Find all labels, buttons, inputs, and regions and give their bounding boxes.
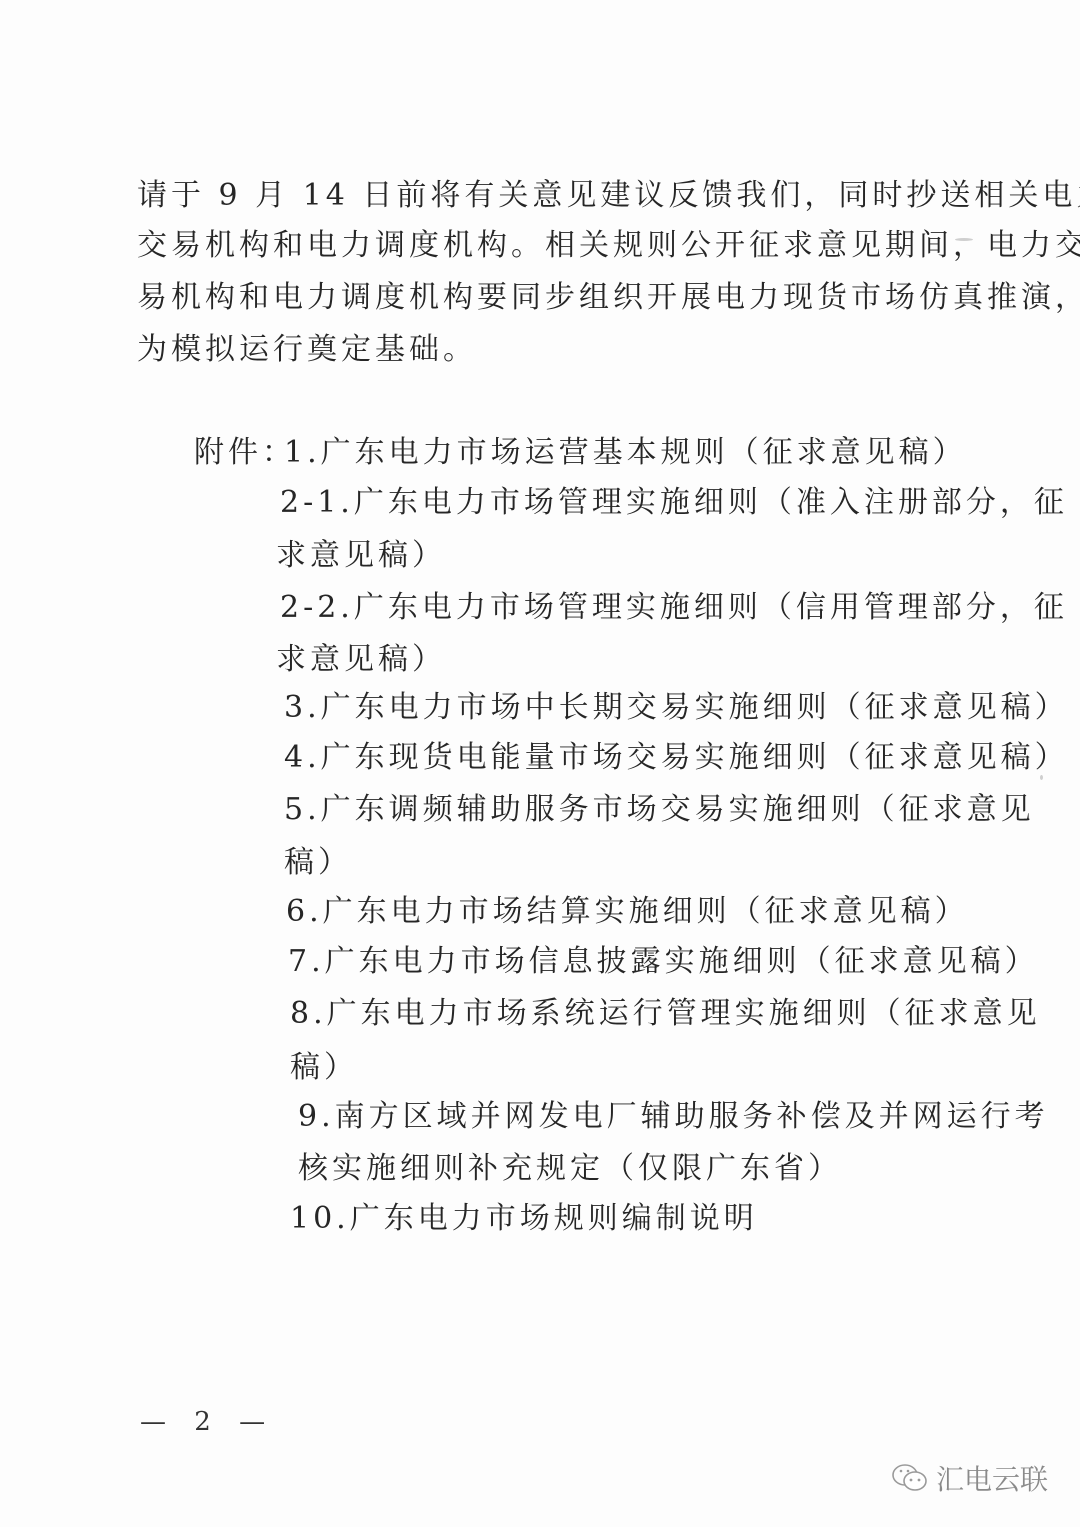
attachment-item-10: 10.广东电力市场规则编制说明 <box>290 1199 758 1239</box>
attachment-item-2-2: 2-2.广东电力市场管理实施细则（信用管理部分，征 <box>280 588 1068 628</box>
attachment-item-5-cont: 稿） <box>284 843 352 883</box>
page-number: — 2 — <box>140 1404 275 1440</box>
scan-artifact <box>955 238 973 241</box>
paragraph-line-4: 为模拟运行奠定基础。 <box>137 330 477 370</box>
wechat-icon <box>890 1461 930 1495</box>
attachment-item-1: 1.广东电力市场运营基本规则（征求意见稿） <box>284 433 967 473</box>
paragraph-line-2: 交易机构和电力调度机构。相关规则公开征求意见期间，电力交 <box>137 226 1080 266</box>
attachment-item-2-2-cont: 求意见稿） <box>276 640 446 680</box>
paragraph-line-3: 易机构和电力调度机构要同步组织开展电力现货市场仿真推演， <box>137 278 1080 318</box>
attachment-item-2-1: 2-1.广东电力市场管理实施细则（准入注册部分，征 <box>280 483 1068 523</box>
attachment-item-5: 5.广东调频辅助服务市场交易实施细则（征求意见 <box>284 790 1035 830</box>
attachment-item-9: 9.南方区域并网发电厂辅助服务补偿及并网运行考 <box>298 1097 1049 1137</box>
scan-artifact <box>1040 775 1043 780</box>
paragraph-line-1: 请于 9 月 14 日前将有关意见建议反馈我们，同时抄送相关电力 <box>137 176 1080 216</box>
watermark-text: 汇电云联 <box>936 1458 1048 1498</box>
attachment-item-6: 6.广东电力市场结算实施细则（征求意见稿） <box>286 892 969 932</box>
attachment-item-7: 7.广东电力市场信息披露实施细则（征求意见稿） <box>288 942 1039 982</box>
document-page: 请于 9 月 14 日前将有关意见建议反馈我们，同时抄送相关电力 交易机构和电力… <box>0 0 1080 1527</box>
attachment-item-4: 4.广东现货电能量市场交易实施细则（征求意见稿） <box>284 738 1069 778</box>
attachment-item-8-cont: 稿） <box>290 1048 358 1088</box>
attachment-item-2-1-cont: 求意见稿） <box>276 536 446 576</box>
attachments-label: 附件： <box>194 433 296 473</box>
attachment-item-9-cont: 核实施细则补充规定（仅限广东省） <box>298 1149 842 1189</box>
watermark: 汇电云联 <box>890 1458 1048 1498</box>
attachment-item-8: 8.广东电力市场系统运行管理实施细则（征求意见 <box>290 994 1041 1034</box>
attachment-item-3: 3.广东电力市场中长期交易实施细则（征求意见稿） <box>284 688 1069 728</box>
